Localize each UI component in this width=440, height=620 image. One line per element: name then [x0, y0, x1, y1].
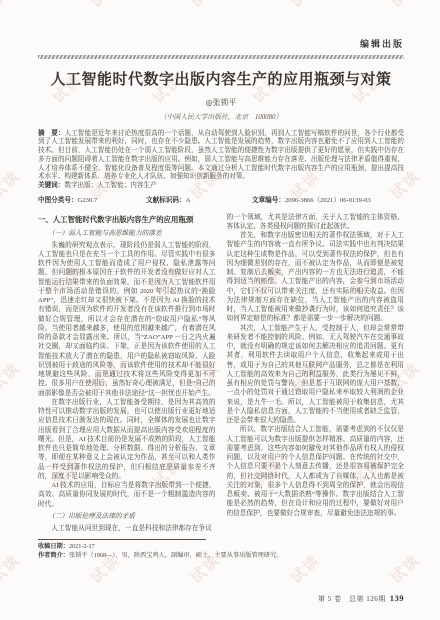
- page-content: 编辑出版 人工智能时代数字出版内容生产的应用瓶颈与对策 ◎张锁平 （中国人民大学…: [38, 34, 404, 561]
- abstract-block: 摘 要：人工智能是近年来讨论热度很高的一个话题，从自动驾驶到人脸识别，再到人工智…: [38, 130, 404, 204]
- body-paragraph: 其次，人工智能产生于人、受控制于人，但却会常常带来研发者不能控制的风险。例如，无…: [227, 324, 405, 426]
- clc-number: 中图分类号：G230.7: [38, 194, 146, 204]
- page-title: 人工智能时代数字出版内容生产的应用瓶颈与对策: [38, 71, 404, 90]
- body-paragraph: 人工智能从问世到现在，一直是科技和法律都存在争议: [38, 524, 216, 533]
- page-header: 编辑出版: [38, 34, 404, 52]
- meta-line: 中图分类号：G230.7 文献标识码：A 文章编号：2096-3866（2021…: [38, 194, 404, 204]
- page-number: 139: [390, 593, 404, 603]
- body-paragraph: 首先，和数字出版密切相关的著作权法领域，对于人工智能产生的内容就一直有所争议。司…: [227, 231, 405, 324]
- article-id-value: 2096-3866（2021）06-0139-03: [285, 197, 371, 204]
- body-paragraph: 所以，数字出版结合人工智能，需要考虑到的不仅仅是人工智能可以为数字出版提供怎样精…: [227, 425, 405, 518]
- watermark-text: 试读: [286, 0, 325, 12]
- received-date-value: 2021-2-17: [69, 543, 95, 550]
- section-heading-1: 一、人工智能时代数字出版内容生产的应用瓶颈: [38, 215, 216, 225]
- body-paragraph: 朱巍的研究观点表示，现阶段仍是弱人工智能的阶段，人工智能也只是在充当一个工具的作…: [38, 241, 216, 398]
- subsection-heading-1: （一）弱人工智能与高思维能力的落差: [38, 229, 216, 238]
- author-name: ◎张锁平: [38, 97, 404, 108]
- keywords-text: 数字出版；人工智能；内容生产: [64, 182, 156, 189]
- watermark-text: 试读: [0, 165, 24, 204]
- subsection-heading-2: （二）出版伦理及法律的矛盾: [38, 512, 216, 521]
- body-paragraph: AI 技术的应用，目标应当是将数字出版带到一个便捷、高效、高质量协同发展的时代，…: [38, 481, 216, 509]
- watermark-text: 试读: [0, 357, 24, 396]
- watermark-text: 试读: [0, 0, 24, 12]
- body-columns: 一、人工智能时代数字出版内容生产的应用瓶颈 （一）弱人工智能与高思维能力的落差 …: [38, 213, 404, 534]
- abstract-label: 摘 要：: [38, 130, 65, 137]
- paper-page: 试读试读试读试读试读试读试读试读试读试读试读试读试读试读试读试读试读试读试读试读…: [0, 0, 440, 620]
- clc-label: 中图分类号：: [38, 197, 78, 204]
- footnote-block: 收稿日期：2021-2-17 作者简介：张锁平（1968—），男，陕西宝鸡人，副…: [38, 539, 404, 561]
- article-id-label: 文章编号：: [252, 197, 285, 204]
- doc-code: 文献标识码：A: [146, 194, 252, 204]
- issue-info: 第 5 卷 总第 126期: [318, 595, 386, 603]
- column-section-label: 编辑出版: [360, 39, 404, 49]
- footnote-rule: [38, 539, 206, 540]
- received-date-label: 收稿日期：: [38, 543, 69, 550]
- abstract: 摘 要：人工智能是近年来讨论热度很高的一个话题，从自动驾驶到人脸识别，再到人工智…: [38, 130, 404, 182]
- watermark-text: 试读: [86, 0, 125, 12]
- watermark-text: 试读: [0, 549, 24, 588]
- received-date: 收稿日期：2021-2-17: [38, 543, 404, 552]
- right-column: 的一个领域，尤其是法律方面，关于人工智能的主体资格、客体认定、各类侵权问题的探讨…: [227, 213, 405, 534]
- author-affiliation: （中国人民大学出版社，北京 100080）: [38, 111, 404, 121]
- article-id: 文章编号：2096-3866（2021）06-0139-03: [252, 194, 371, 204]
- keywords-label: 关键词：: [38, 182, 64, 189]
- doc-code-value: A: [186, 197, 191, 204]
- doc-code-label: 文献标识码：: [146, 197, 186, 204]
- abstract-text: 人工智能是近年来讨论热度很高的一个话题，从自动驾驶到人脸识别，再到人工智能写稿软…: [38, 130, 404, 181]
- author-bio-label: 作者简介：: [38, 552, 69, 559]
- body-paragraph: 在数字出版行业，人工智能备受期待，是因为其高效的特性可以推动数字出版的发展，也可…: [38, 398, 216, 481]
- watermark-text: 试读: [186, 0, 225, 12]
- body-paragraph: 的一个领域，尤其是法律方面，关于人工智能的主体资格、客体认定、各类侵权问题的探讨…: [227, 213, 405, 232]
- clc-value: G230.7: [78, 197, 98, 204]
- keywords: 关键词：数字出版；人工智能；内容生产: [38, 182, 404, 191]
- left-column: 一、人工智能时代数字出版内容生产的应用瓶颈 （一）弱人工智能与高思维能力的落差 …: [38, 213, 216, 534]
- author-bio: 作者简介：张锁平（1968—），男，陕西宝鸡人，副编审，硕士，主要从事出版管理研…: [38, 552, 404, 561]
- header-rule: [38, 55, 404, 59]
- author-bio-value: 张锁平（1968—），男，陕西宝鸡人，副编审，硕士，主要从事出版管理研究。: [69, 552, 282, 559]
- watermark-text: 试读: [386, 0, 425, 12]
- page-footer: 第 5 卷 总第 126期139: [318, 593, 404, 604]
